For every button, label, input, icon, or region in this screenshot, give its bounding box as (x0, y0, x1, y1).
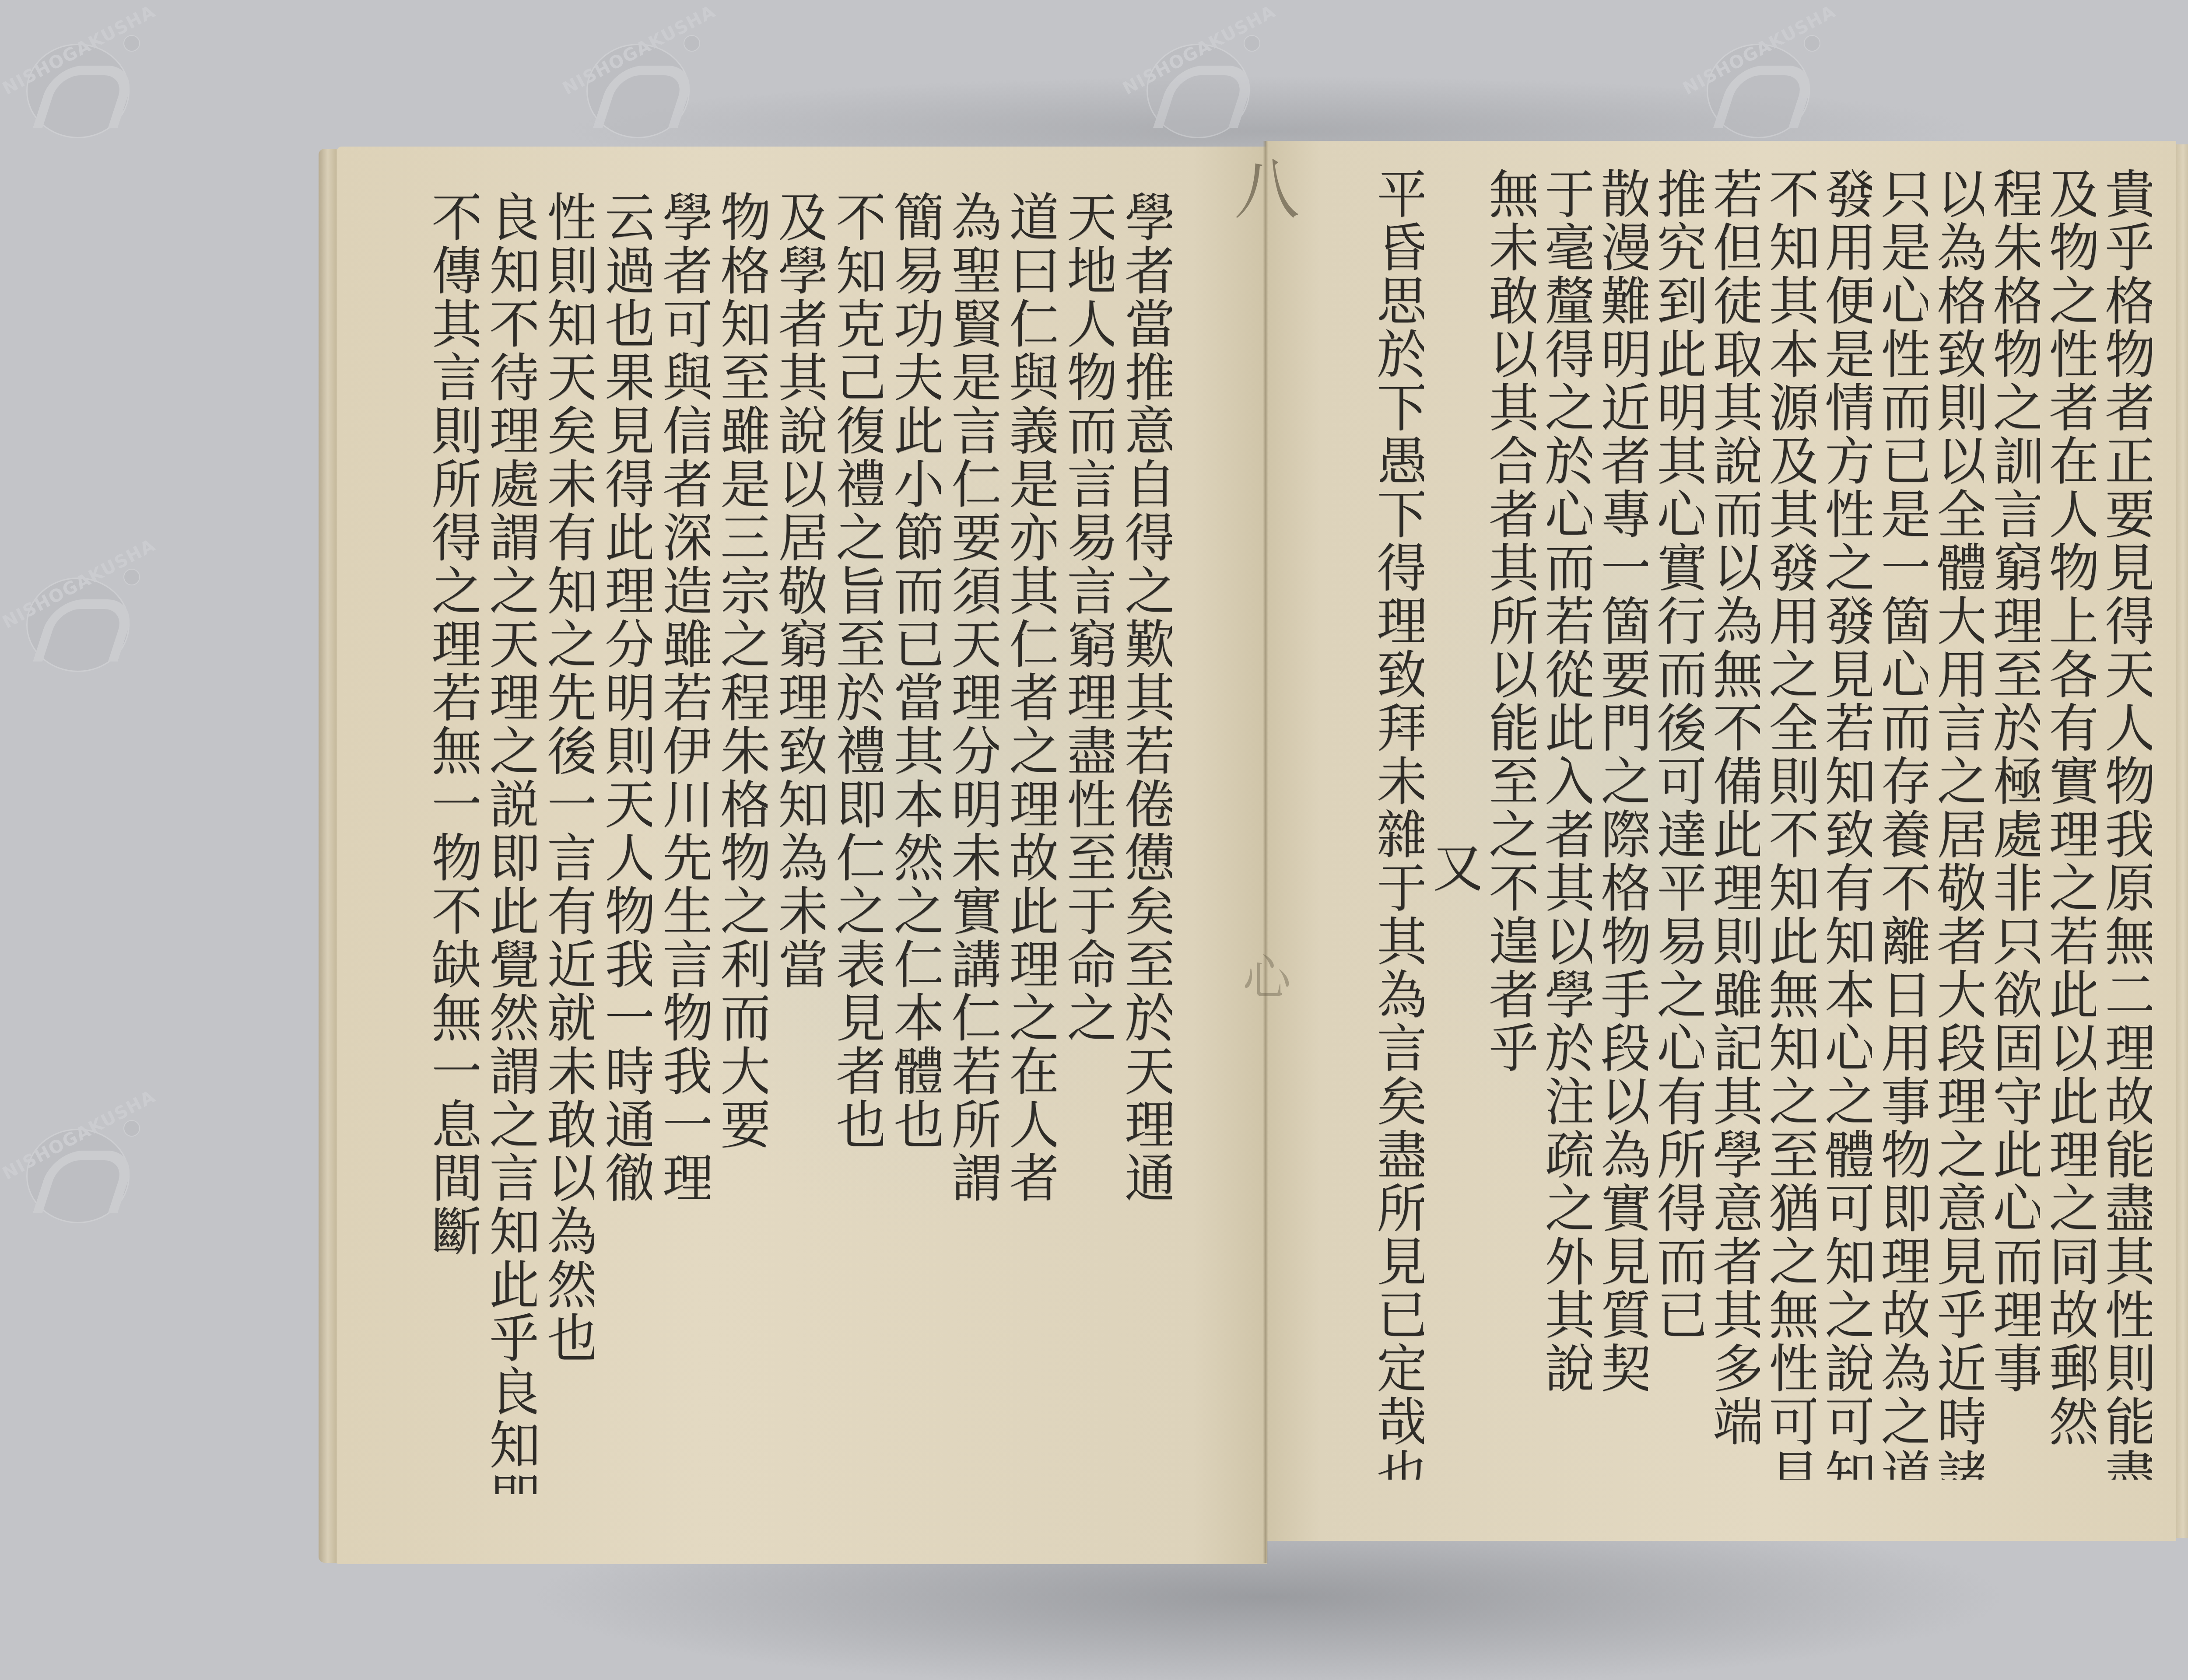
text-column: 不知克己復禮之旨至於禮即仁之表見者也 (831, 190, 883, 1151)
watermark-dot (123, 35, 140, 52)
watermark-logo: NISHOGAKUSHA (9, 547, 153, 678)
watermark-logo: NISHOGAKUSHA (1689, 13, 1834, 144)
watermark-dot (684, 35, 700, 52)
text-column: 天地人物而言易言窮理盡性至于命之 (1062, 190, 1114, 1044)
watermark-logo: NISHOGAKUSHA (1129, 13, 1273, 144)
text-column: 發用便是情方性之發見若知致有知本心之體可知之說可知 (1820, 167, 1872, 1480)
watermark-logo: NISHOGAKUSHA (569, 13, 713, 144)
watermark-logo: NISHOGAKUSHA (9, 13, 153, 144)
text-column: 不傳其言則所得之理若無一物不缺無一息間斷 (427, 190, 479, 1258)
text-column: 若但徒取其說而以為無不備此理則雖記其學意者其多端 (1708, 167, 1760, 1448)
text-column: 及學者其說以居敬窮理致知為未當 (774, 190, 825, 991)
watermark-dot (1804, 35, 1820, 52)
spine-page-marker-top: 八 (1234, 157, 1300, 223)
text-column: 散漫難明近者專一箇要門之際格物手段以為實見質契 (1596, 167, 1648, 1395)
left-page: 學者當推意自得之歎其若倦憊矣至於天理通天地人物而言易言窮理盡性至于命之道曰仁與義… (337, 147, 1267, 1564)
spine-page-marker-middle: 心 (1243, 954, 1291, 1002)
text-column: 又 (1428, 841, 1480, 894)
text-column: 物格知至雖是三宗之程朱格物之利而大要 (716, 190, 768, 1151)
watermark-logo: NISHOGAKUSHA (9, 1098, 153, 1229)
text-column: 平昏思於下愚下得理致拜未雜于其為言矣盡所見已定哉也 (1372, 167, 1424, 1480)
text-column: 程朱格物之訓言窮理至於極處非只欲固守此心而理事 (1988, 167, 2040, 1395)
text-column: 推究到此明其心實行而後可達平易之心有所得而已 (1652, 167, 1704, 1341)
text-column: 不知其本源及其發用之全則不知此無知之至猶之無性可見 (1764, 167, 1816, 1480)
text-column: 道曰仁與義是亦其仁者之理故此理之在人者 (1005, 190, 1056, 1204)
text-column: 以為格致則以全體大用言之居敬者大段理之意見乎近時諸家 (1932, 167, 1984, 1480)
text-column: 為聖賢是言仁要須天理分明未實講仁若所謂 (947, 190, 999, 1204)
watermark-dot (123, 569, 140, 585)
watermark-dot (1244, 35, 1260, 52)
watermark-dot (123, 1120, 140, 1137)
text-column: 只是心性而已是一箇心而存養不離日用事物即理故為之道 (1876, 167, 1928, 1480)
text-column: 學者可與信者深造雖若伊川先生言物我一理 (658, 190, 710, 1204)
text-column: 良知不待理處謂之天理之説即此覺然謂之言知此乎良知即天理 (485, 190, 536, 1494)
text-column: 貴乎格物者正要見得天人物我原無二理故能盡其性則能盡人之性 (2100, 167, 2152, 1480)
text-column: 性則知天矣未有知之先後一言有近就未敢以為然也 (543, 190, 594, 1365)
right-page: 貴乎格物者正要見得天人物我原無二理故能盡其性則能盡人之性及物之性者在人物上各有實… (1266, 141, 2176, 1541)
text-column: 無未敢以其合者其所以能至之不遑者乎 (1484, 167, 1536, 1074)
text-column: 及物之性者在人物上各有實理之若此以此理之同故郵然 (2044, 167, 2096, 1448)
text-column: 于毫釐得之於心而若從此入者其以學於注疏之外其說 (1540, 167, 1592, 1395)
text-column: 簡易功夫此小節而已當其本然之仁本體也 (889, 190, 941, 1151)
spine-fold (1263, 141, 1268, 1563)
text-column: 云過也果見得此理分明則天人物我一時通徹 (600, 190, 652, 1204)
text-column: 學者當推意自得之歎其若倦憊矣至於天理通 (1120, 190, 1172, 1204)
